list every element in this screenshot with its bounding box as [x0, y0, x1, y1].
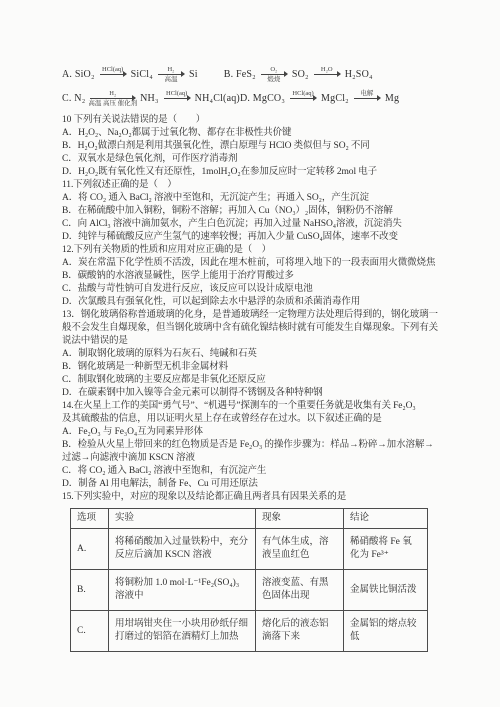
arrow-condition-bottom: 煅烧 — [267, 76, 280, 83]
arrow-shaft — [158, 74, 184, 75]
arrow-condition-top: H₂ — [109, 90, 116, 97]
arrow-shaft — [100, 74, 126, 75]
reaction-arrow-icon: HCl(aq) — [95, 66, 131, 83]
text-line: D．H₂O₂既有氧化性又有还原性，1molH₂O₂在参加反应时一定转移 2mol… — [62, 166, 444, 179]
text-line: C．制取钢化玻璃的主要反应都是非氧化还原反应 — [62, 374, 444, 387]
table-cell: B. — [71, 570, 109, 611]
equation-line-1: A. SiO₂ HCl(aq) SiCl₄ H₂ 高温 Si B. FeS₂ O… — [62, 62, 444, 86]
text-line: D．次氯酸具有强氧化性，可以起到除去水中悬浮的杂质和杀菌消毒作用 — [62, 296, 444, 309]
table-cell: C. — [71, 611, 109, 652]
table-body: A.将稀硝酸加入过量铁粉中，充分反应后滴加 KSCN 溶液有气体生成，溶液呈血红… — [71, 529, 428, 652]
text-line: A．Fe₂O₃ 与 Fe₃O₄互为同素异形体 — [62, 426, 444, 439]
table-cell: 熔化后的液态铝滴落下来 — [256, 611, 344, 652]
equation-c-reactant: C. N₂ — [62, 93, 85, 104]
table-cell: A. — [71, 529, 109, 570]
arrow-condition-top: HCl(aq) — [292, 90, 313, 97]
reaction-arrow-icon: H₂O — [309, 66, 345, 83]
table-header-cell: 现象 — [256, 509, 344, 529]
arrow-shaft — [90, 98, 135, 99]
text-line: B．钢化玻璃是一种新型无机非金属材料 — [62, 361, 444, 374]
table-row: B.将铜粉加 1.0 mol·L⁻¹Fe₂(SO₄)₃ 溶液中溶液变蓝、有黑色固… — [71, 570, 428, 611]
equation-c-intermediate: NH₃ — [140, 93, 159, 104]
text-line: A．H₂O₂、Na₂O₂都属于过氧化物、都存在非极性共价键 — [62, 127, 444, 140]
equation-c-product: NH₄Cl(aq) — [195, 93, 240, 104]
equation-b: B. FeS₂ O₂ 煅烧 SO₂ H₂O H₂SO₄ — [224, 66, 373, 83]
table-header-cell: 结论 — [344, 509, 428, 529]
reaction-arrow-icon: H₂ 高温 高压 催化剂 — [85, 90, 140, 107]
reaction-arrow-icon: O₂ 煅烧 — [256, 66, 292, 83]
equation-b-reactant: B. FeS₂ — [224, 69, 256, 80]
table-cell: 溶液变蓝、有黑色固体出现 — [256, 570, 344, 611]
text-line: 11.下列叙述正确的是（ ） — [62, 179, 444, 192]
table-header-cell: 选项 — [71, 509, 109, 529]
equation-a-product: Si — [189, 69, 198, 80]
table-row: A.将稀硝酸加入过量铁粉中，充分反应后滴加 KSCN 溶液有气体生成，溶液呈血红… — [71, 529, 428, 570]
text-line: 过滤→向滤液中滴加 KSCN 溶液 — [62, 452, 444, 465]
arrow-condition-top: H₂O — [321, 66, 333, 73]
equation-d-product: Mg — [385, 93, 399, 104]
text-line: 说法中错误的是 — [62, 335, 444, 348]
question-lines: 10 下列有关说法错误的是（ ）A．H₂O₂、Na₂O₂都属于过氧化物、都存在非… — [62, 114, 444, 504]
table-cell: 将铜粉加 1.0 mol·L⁻¹Fe₂(SO₄)₃ 溶液中 — [109, 570, 256, 611]
text-line: 14.在火星上工作的美国“勇气号”、“机遇号”探测车的一个重要任务就是收集有关 … — [62, 400, 444, 413]
equation-d-intermediate: MgCl₂ — [321, 93, 349, 104]
text-line: 般不会发生自爆现象，但当钢化玻璃中含有硫化镍结核时就有可能发生自爆现象。下列有关 — [62, 322, 444, 335]
text-line: 15.下列实验中，对应的现象以及结论都正确且两者具有因果关系的是 — [62, 491, 444, 504]
text-line: C．双氧水是绿色氧化剂，可作医疗消毒剂 — [62, 153, 444, 166]
arrow-shaft — [290, 98, 316, 99]
reaction-arrow-icon: HCl(aq) — [159, 90, 195, 107]
text-line: D．纯锌与稀硫酸反应产生氢气的速率较慢；再加入少量 CuSO₄固体，速率不改变 — [62, 231, 444, 244]
equation-d-reactant: D. MgCO₃ — [240, 93, 285, 104]
text-line: A．将 CO₂ 通入 BaCl₂ 溶液中至饱和，无沉淀产生；再通入 SO₂，产生… — [62, 192, 444, 205]
equation-a-reactant: A. SiO₂ — [62, 69, 95, 80]
table-cell: 金属铝的熔点较低 — [344, 611, 428, 652]
table-cell: 将稀硝酸加入过量铁粉中，充分反应后滴加 KSCN 溶液 — [109, 529, 256, 570]
table-cell: 用坩埚钳夹住一小块用砂纸仔细打磨过的铝箔在酒精灯上加热 — [109, 611, 256, 652]
text-line: C．盐酸与苛性钠可自发进行反应，该反应可以设计成原电池 — [62, 283, 444, 296]
text-line: 13．钢化玻璃俗称普通玻璃的化身，是普通玻璃经一定物理方法处理后得到的，钢化玻璃… — [62, 309, 444, 322]
reaction-arrow-icon: HCl(aq) — [285, 90, 321, 107]
reaction-arrow-icon: H₂ 高温 — [153, 66, 189, 83]
text-line: C．向 AlCl₃ 溶液中滴加氨水，产生白色沉淀；再加入过量 NaHSO₄溶液，… — [62, 218, 444, 231]
arrow-condition-top: 电解 — [360, 90, 373, 97]
text-line: 及其硫酸盐的信息，用以证明火星上存在或曾经存在过水。以下叙述正确的是 — [62, 413, 444, 426]
text-line: B．检验从火星上带回来的红色物质是否是 Fe₂O₃ 的操作步骤为：样品→粉碎→加… — [62, 439, 444, 452]
text-line: D．制备 Al 用电解法，制备 Fe、Cu 可用还原法 — [62, 478, 444, 491]
arrow-condition-bottom: 高温 — [164, 76, 177, 83]
table-cell: 稀硝酸将 Fe 氧化为 Fe³⁺ — [344, 529, 428, 570]
table-header-cell: 实验 — [109, 509, 256, 529]
exam-table: 选项实验现象结论 A.将稀硝酸加入过量铁粉中，充分反应后滴加 KSCN 溶液有气… — [70, 508, 428, 652]
arrow-condition-top: O₂ — [270, 66, 277, 73]
equation-d: D. MgCO₃ HCl(aq) MgCl₂ 电解 Mg — [240, 90, 399, 107]
text-line: A．制取钢化玻璃的原料为石灰石、纯碱和石英 — [62, 348, 444, 361]
arrow-condition-top: HCl(aq) — [102, 66, 123, 73]
text-line: D．在碳素钢中加入镍等合金元素可以制得不锈钢及各种特种钢 — [62, 387, 444, 400]
equation-c: C. N₂ H₂ 高温 高压 催化剂 NH₃ HCl(aq) NH₄Cl(aq) — [62, 90, 240, 107]
arrow-condition-top: HCl(aq) — [166, 90, 187, 97]
text-line: B．在稀硫酸中加入铜粉，铜粉不溶解；再加入 Cu（NO₃）₂固体，铜粉仍不溶解 — [62, 205, 444, 218]
arrow-shaft — [354, 98, 380, 99]
text-line: 12.下列有关物质的性质和应用对应正确的是（ ） — [62, 244, 444, 257]
exam-document: A. SiO₂ HCl(aq) SiCl₄ H₂ 高温 Si B. FeS₂ O… — [0, 0, 500, 707]
arrow-shaft — [164, 98, 190, 99]
arrow-shaft — [261, 74, 287, 75]
table-header-row: 选项实验现象结论 — [71, 509, 428, 529]
equation-b-product: H₂SO₄ — [345, 69, 373, 80]
equation-b-intermediate: SO₂ — [292, 69, 309, 80]
table-cell: 有气体生成，溶液呈血红色 — [256, 529, 344, 570]
text-line: B．H₂O₂做漂白剂是利用其强氧化性，漂白原理与 HClO 类似但与 SO₂ 不… — [62, 140, 444, 153]
arrow-condition-bottom: 高温 高压 催化剂 — [88, 100, 137, 107]
arrow-condition-top: H₂ — [167, 66, 174, 73]
text-line: 10 下列有关说法错误的是（ ） — [62, 114, 444, 127]
table-row: C.用坩埚钳夹住一小块用砂纸仔细打磨过的铝箔在酒精灯上加热熔化后的液态铝滴落下来… — [71, 611, 428, 652]
equation-a: A. SiO₂ HCl(aq) SiCl₄ H₂ 高温 Si — [62, 66, 198, 83]
text-line: B．碳酸钠的水溶液显碱性，医学上能用于治疗胃酸过多 — [62, 270, 444, 283]
text-line: C．将 CO₂ 通入 BaCl₂ 溶液中至饱和，有沉淀产生 — [62, 465, 444, 478]
equation-a-intermediate: SiCl₄ — [131, 69, 153, 80]
arrow-shaft — [314, 74, 340, 75]
text-line: A．炭在常温下化学性质不活泼，因此在埋木桩前，可将埋入地下的一段表面用火微微烧焦 — [62, 257, 444, 270]
equation-line-2: C. N₂ H₂ 高温 高压 催化剂 NH₃ HCl(aq) NH₄Cl(aq)… — [62, 86, 444, 110]
reaction-arrow-icon: 电解 — [349, 90, 385, 107]
table-cell: 金属铁比铜活泼 — [344, 570, 428, 611]
